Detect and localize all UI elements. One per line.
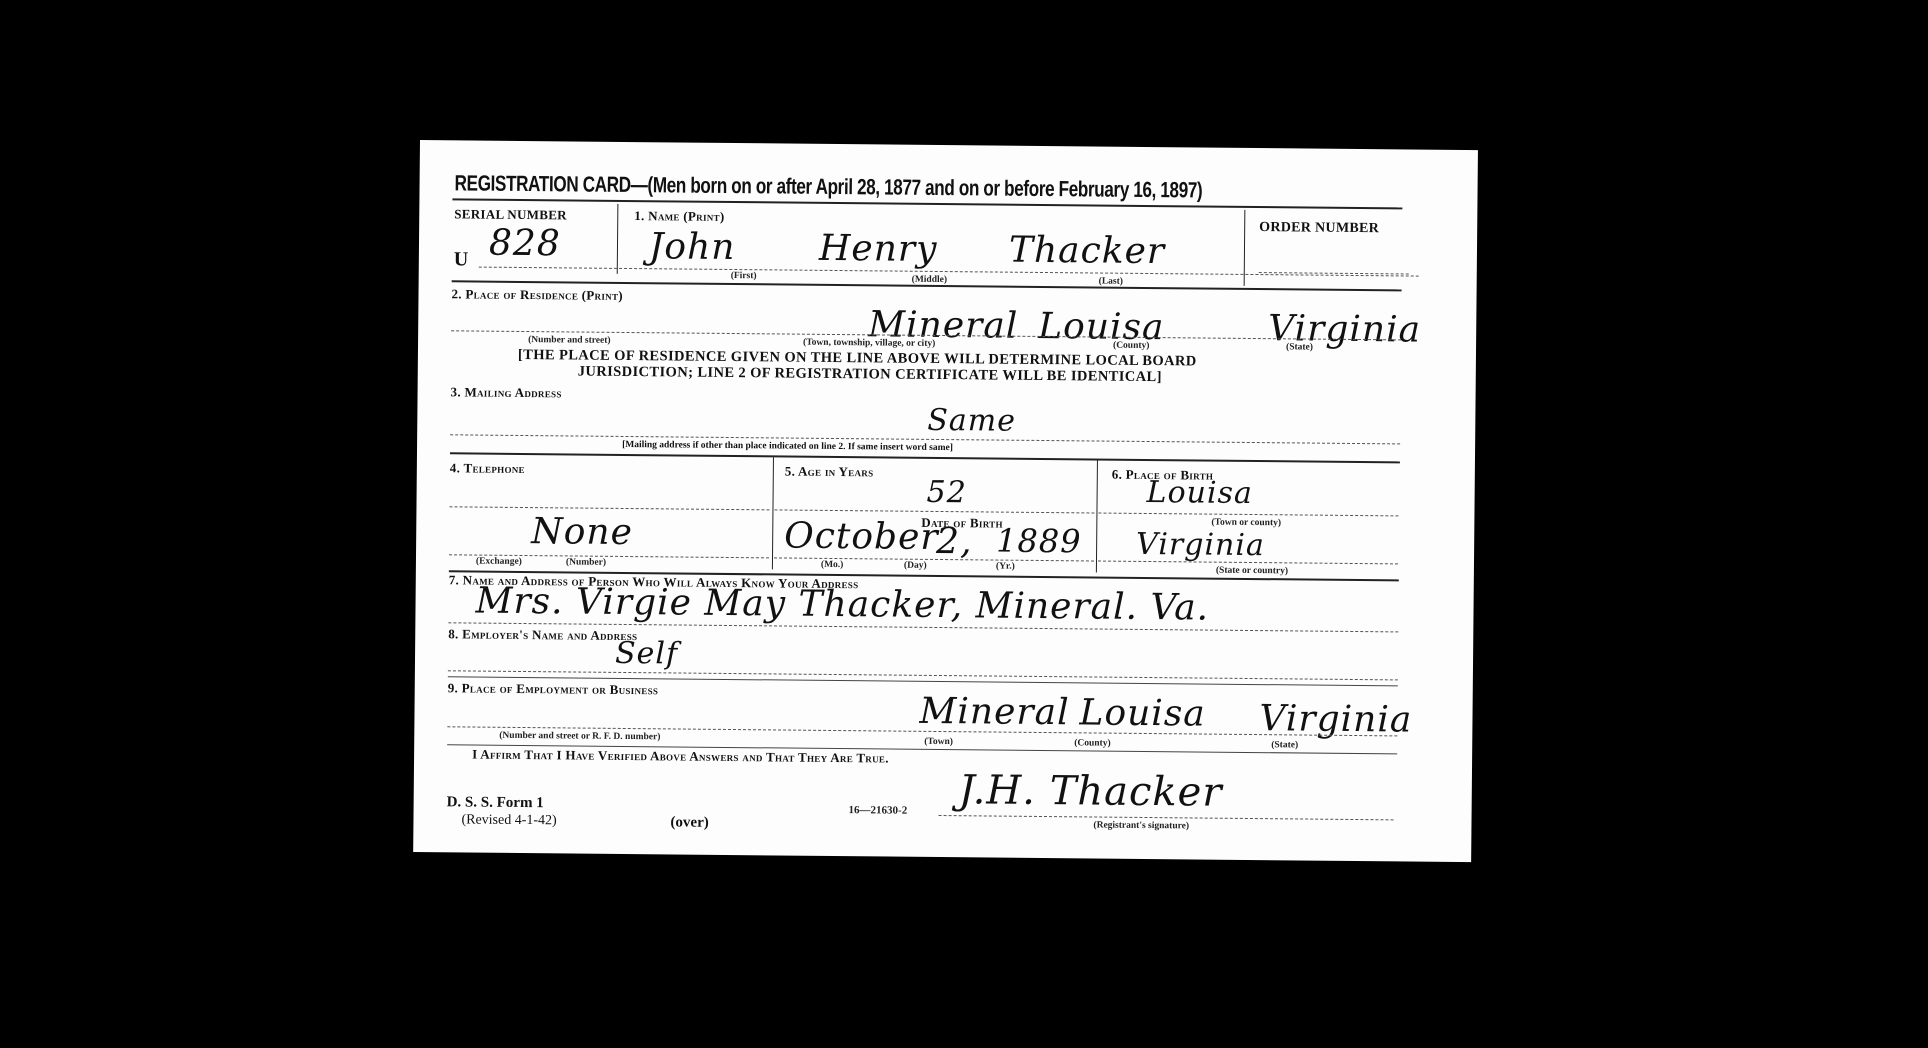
employment-town-caption: (Town): [924, 737, 953, 747]
number-caption: (Number): [566, 557, 606, 567]
divider: [617, 204, 619, 274]
form-id: D. S. S. Form 1: [447, 794, 544, 812]
divider: [1096, 461, 1098, 573]
year-caption: (Yr.): [996, 562, 1015, 572]
rule-signature: [939, 815, 1394, 820]
employer-value: Self: [615, 636, 678, 672]
contact-person-value: Mrs. Virgie May Thacker, Mineral. Va.: [475, 581, 1209, 629]
dob-day: 2,: [936, 521, 973, 562]
employment-county: Louisa: [1079, 692, 1206, 734]
birthplace-town: Louisa: [1146, 475, 1253, 511]
employment-label: 9. Place of Employment or Business: [448, 680, 659, 698]
age-label: 5. Age in Years: [785, 464, 874, 481]
form-revised: (Revised 4-1-42): [461, 812, 556, 829]
state-caption: (State): [1286, 342, 1313, 352]
dob-month: October: [784, 516, 939, 558]
birthplace-state-caption: (State or country): [1216, 566, 1288, 577]
birthplace-state: Virginia: [1136, 527, 1265, 563]
employment-street-caption: (Number and street or R. F. D. number): [499, 731, 660, 743]
serial-number-label: SERIAL NUMBER: [454, 206, 567, 223]
street-caption: (Number and street): [528, 335, 611, 346]
exchange-caption: (Exchange): [476, 557, 522, 567]
rule-birth-state: [1098, 561, 1398, 565]
mailing-address-value: Same: [927, 403, 1016, 439]
name-middle: Henry: [819, 228, 938, 270]
print-code: 16—21630-2: [849, 804, 908, 817]
employment-county-caption: (County): [1074, 738, 1111, 748]
month-caption: (Mo.): [821, 560, 844, 570]
rule-phone-1: [449, 506, 769, 510]
mailing-address-label: 3. Mailing Address: [451, 384, 562, 401]
residence-label: 2. Place of Residence (Print): [451, 286, 623, 304]
affirmation-text: I Affirm That I Have Verified Above Answ…: [472, 747, 889, 767]
serial-prefix: U: [454, 248, 469, 271]
name-first: John: [649, 226, 736, 268]
telephone-label: 4. Telephone: [450, 460, 525, 477]
registrant-signature: J.H. Thacker: [959, 767, 1223, 816]
telephone-value: None: [531, 511, 633, 553]
rule-age: [774, 509, 1094, 513]
town-caption: (Town, township, village, or city): [803, 338, 935, 349]
serial-number-value: 828: [489, 223, 561, 265]
rule-row3: [450, 452, 1400, 463]
name-last: Thacker: [1009, 230, 1166, 272]
middle-caption: (Middle): [912, 275, 947, 285]
dob-year: 1889: [996, 522, 1082, 561]
day-caption: (Day): [904, 561, 927, 571]
age-value: 52: [926, 475, 967, 510]
order-number-label: ORDER NUMBER: [1259, 220, 1379, 237]
employment-town: Mineral: [919, 691, 1069, 733]
divider: [772, 457, 774, 569]
birthplace-town-caption: (Town or county): [1211, 518, 1281, 529]
over-note: (over): [670, 814, 708, 831]
employment-state-caption: (State): [1271, 740, 1298, 750]
registration-card: REGISTRATION CARD—(Men born on or after …: [413, 140, 1478, 862]
county-caption: (County): [1113, 341, 1150, 351]
name-label: 1. Name (Print): [634, 208, 724, 225]
mailing-note: [Mailing address if other than place ind…: [622, 440, 953, 453]
rule-employer: [448, 670, 1398, 680]
signature-caption: (Registrant's signature): [1093, 820, 1189, 831]
last-caption: (Last): [1099, 277, 1123, 287]
employer-label: 8. Employer's Name and Address: [448, 626, 637, 644]
first-caption: (First): [731, 271, 757, 281]
rule-birth-town: [1098, 513, 1398, 517]
